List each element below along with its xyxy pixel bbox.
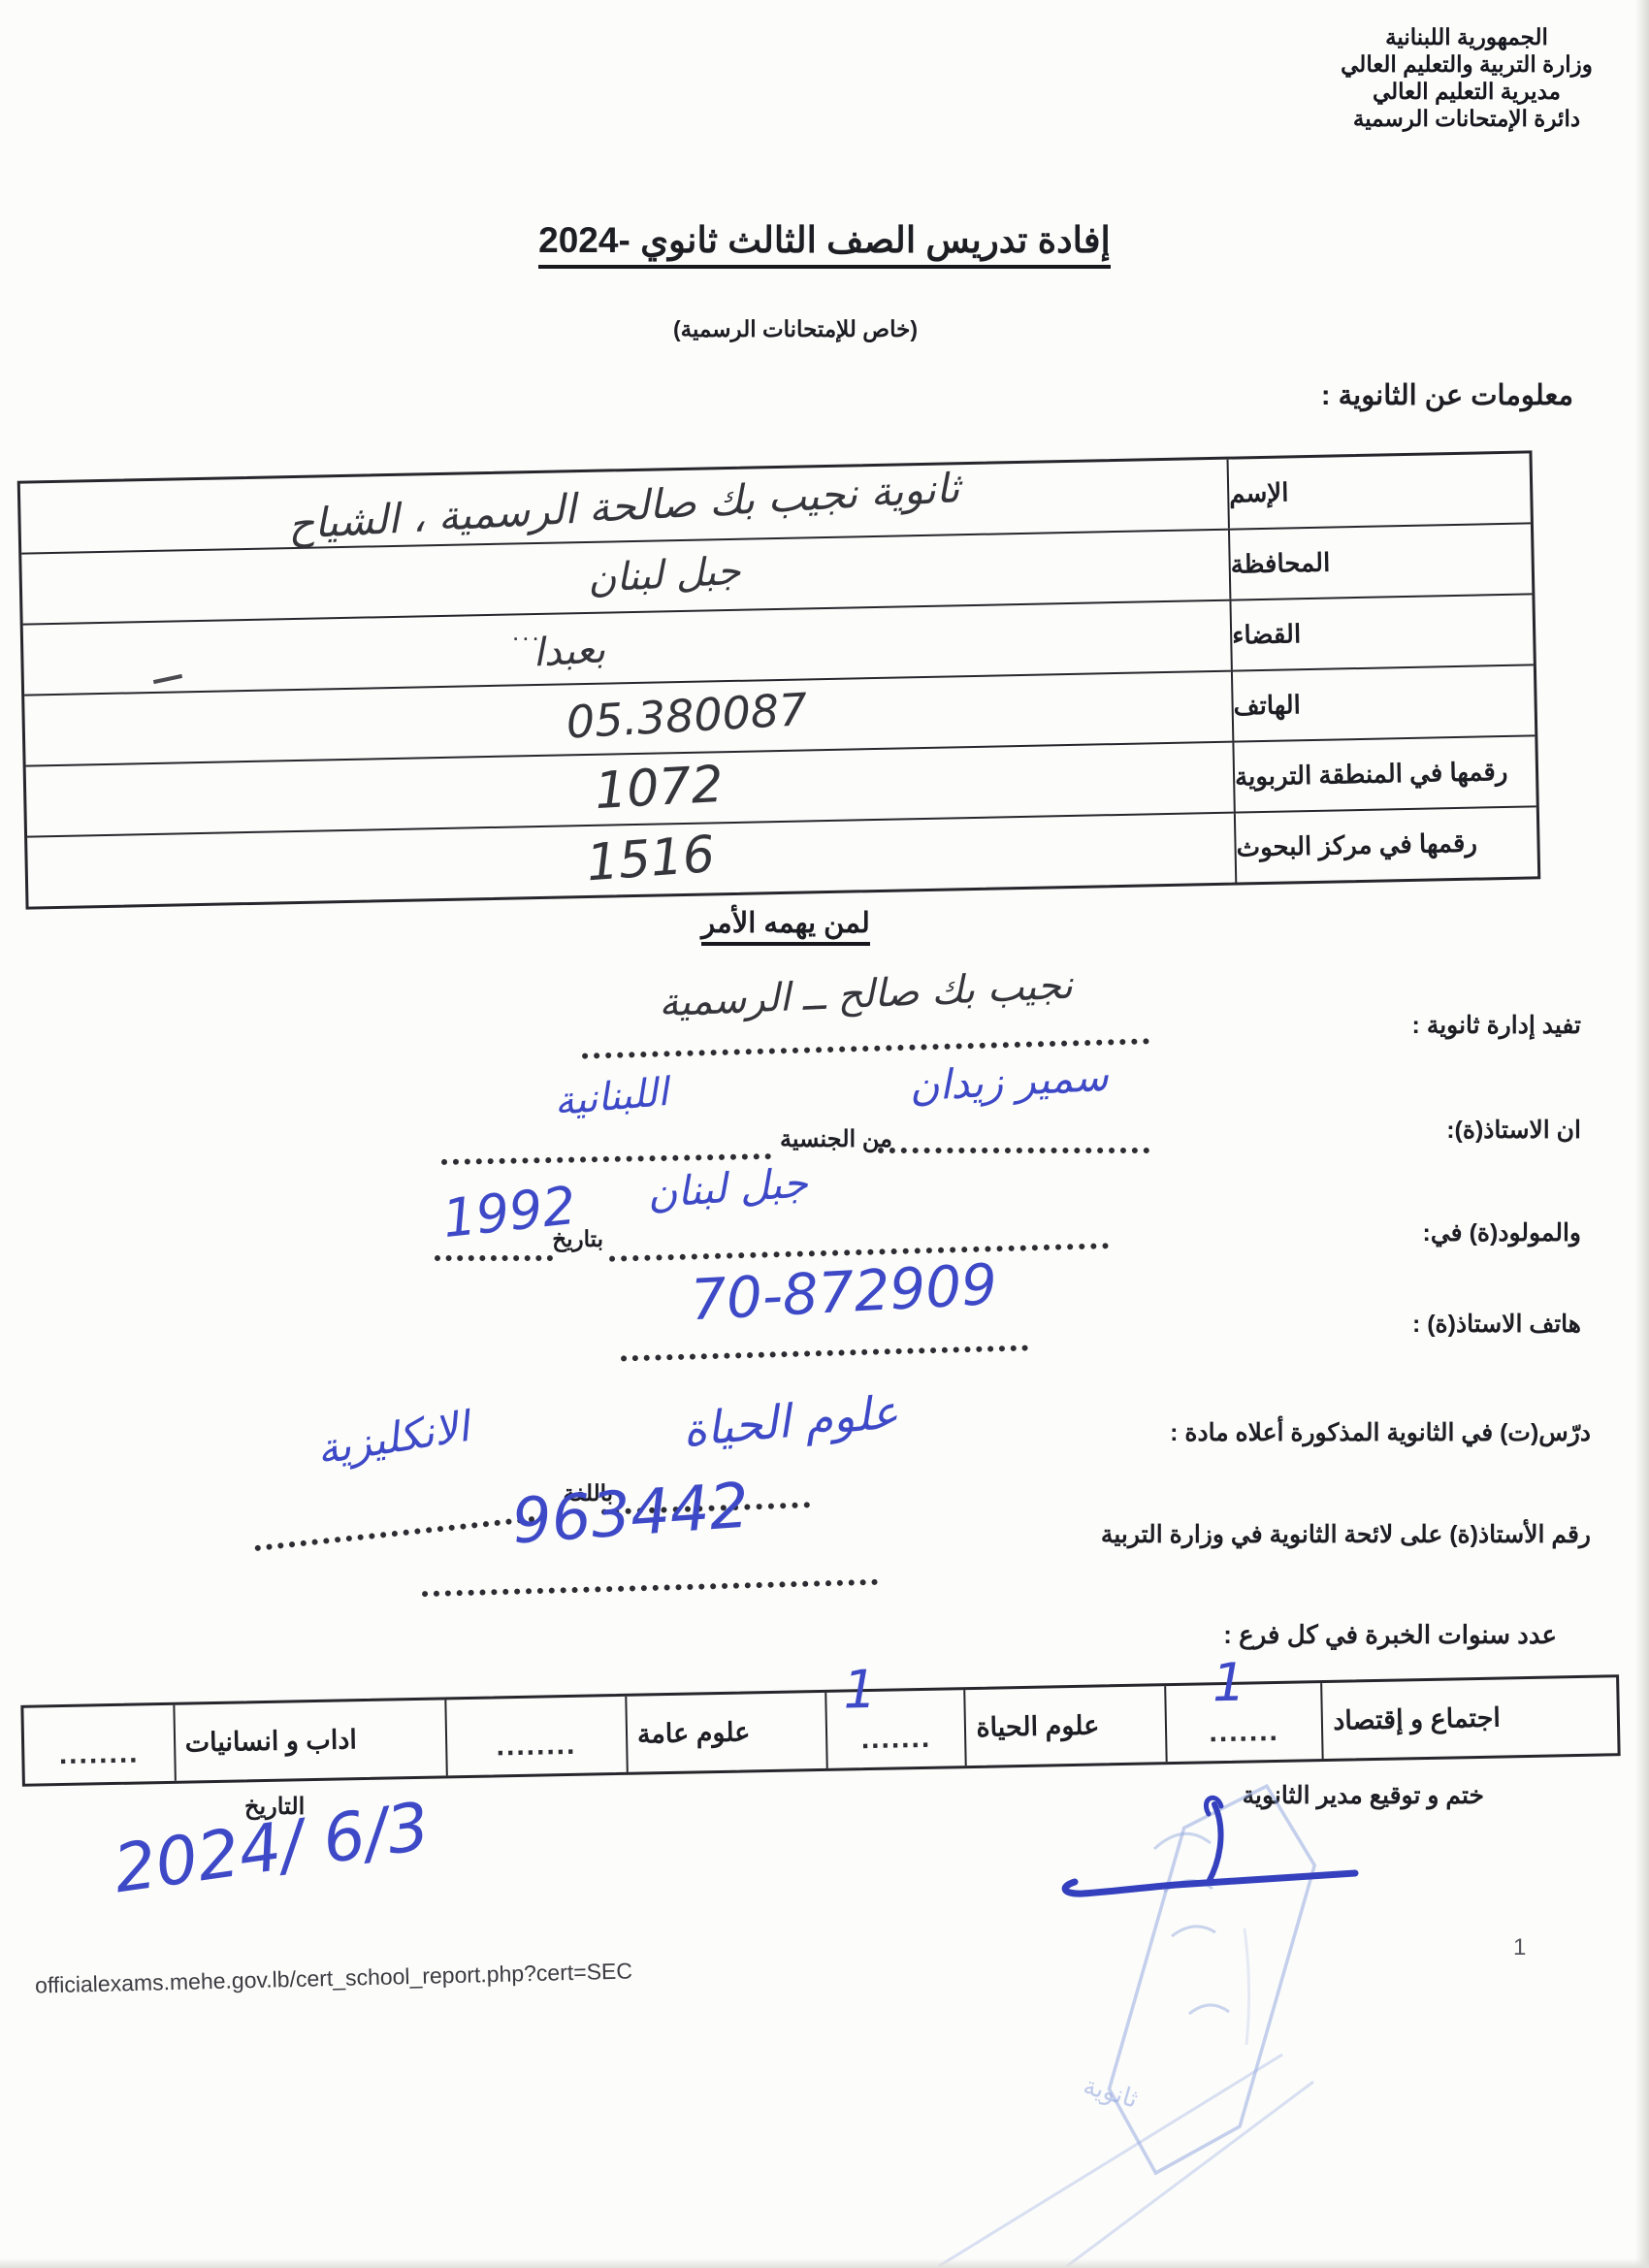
field-label-subject: درّس(ت) في الثانوية المذكورة أعلاه مادة … — [1170, 1418, 1591, 1447]
handwritten-nationality: اللبنانية — [455, 1061, 768, 1133]
scan-artifact: ... — [512, 617, 542, 647]
dotted-line — [621, 1345, 1028, 1362]
field-label-phone: هاتف الاستاذ(ة) : — [1412, 1310, 1581, 1339]
row-label: القضاء — [1229, 595, 1533, 669]
row-value-handwritten: جبل لبنان — [587, 548, 742, 601]
row-label: الهاتف — [1231, 665, 1535, 740]
exp-value-cell: ....... 1 — [824, 1690, 965, 1768]
row-value-handwritten: ثانوية نجيب بك صالحة الرسمية ، الشياح — [287, 464, 961, 548]
attestation-heading-text: لمن يهمه الأمر — [701, 908, 870, 946]
exp-label-cell: اجتماع و إقتصاد — [1321, 1677, 1618, 1759]
letterhead-line: الجمهورية اللبنانية — [1292, 23, 1641, 50]
dotted-line — [435, 1255, 553, 1261]
exp-dots: ....... — [1209, 1717, 1279, 1761]
row-value-handwritten: 05.380087 — [565, 683, 808, 749]
exp-label-cell: علوم عامة — [625, 1693, 826, 1772]
row-label: رقمها في مركز البحوث — [1234, 807, 1537, 882]
handwritten-phone: 70-872909 — [639, 1248, 1050, 1336]
exp-value-cell: ........ — [23, 1705, 174, 1784]
field-label-roster-number: رقم الأستاذ(ة) على لائحة الثانوية في وزا… — [1101, 1520, 1591, 1549]
form-title: إفادة تدريس الصف الثالث ثانوي -2024 — [538, 219, 1111, 269]
row-label: الإسم — [1227, 453, 1531, 528]
handwritten-subject: علوم الحياة — [609, 1379, 971, 1464]
director-signature — [1065, 1798, 1355, 1894]
exp-label-cell: اداب و انسانيات — [173, 1700, 445, 1780]
letterhead-line: وزارة التربية والتعليم العالي — [1292, 50, 1641, 78]
scan-edge-shadow — [0, 2258, 1649, 2268]
stamp-scribbles — [1154, 1833, 1249, 2045]
scan-edge-shadow — [1635, 0, 1649, 2268]
field-label-school: تفيد إدارة ثانوية : — [1412, 1011, 1581, 1040]
dotted-line — [441, 1153, 771, 1165]
field-label-birth: والمولود(ة) في: — [1423, 1218, 1581, 1247]
exp-value-cell: ....... 1 — [1164, 1683, 1322, 1762]
scanned-form-page: الجمهورية اللبنانية وزارة التربية والتعل… — [0, 0, 1649, 2268]
form-subtitle: (خاص للإمتحانات الرسمية) — [0, 316, 1591, 342]
exp-dots: ....... — [861, 1724, 932, 1767]
exp-dots: ........ — [496, 1731, 577, 1775]
row-value-handwritten: 1516 — [584, 825, 716, 891]
school-info-table: الإسم ثانوية نجيب بك صالحة الرسمية ، الش… — [17, 450, 1541, 909]
attestation-heading: لمن يهمه الأمر — [0, 906, 1571, 940]
handwritten-roster-number: 963442 — [454, 1467, 807, 1563]
exp-handwritten-value: 1 — [1212, 1652, 1246, 1714]
exp-label-cell: علوم الحياة — [964, 1686, 1166, 1766]
director-stamp: ثانوية — [824, 1773, 1455, 2268]
handwritten-birth-place: جبل لبنان — [600, 1155, 856, 1220]
dotted-line — [422, 1579, 878, 1597]
field-label-nationality: من الجنسية — [780, 1125, 892, 1153]
letterhead-line: دائرة الإمتحانات الرسمية — [1292, 105, 1641, 132]
dotted-line — [878, 1148, 1149, 1153]
form-title-wrap: إفادة تدريس الصف الثالث ثانوي -2024 — [0, 219, 1649, 269]
exp-value-cell: ........ — [444, 1697, 627, 1776]
handwritten-language: الانكليزية — [241, 1391, 545, 1486]
row-value-handwritten: بعبدا — [532, 627, 606, 675]
footer-url: officialexams.mehe.gov.lb/cert_school_re… — [35, 1958, 632, 1998]
stamp-faint-text: ثانوية — [1080, 2070, 1141, 2115]
handwritten-school-name: نجيب بك صالح ــ الرسمية — [581, 959, 1149, 1028]
exp-dots: ........ — [59, 1738, 141, 1783]
stamp-outline — [1090, 1773, 1332, 2191]
handwritten-teacher-name: سمير زيدان — [862, 1050, 1155, 1113]
exp-handwritten-value: 1 — [843, 1659, 878, 1721]
row-value-handwritten: 1072 — [593, 755, 724, 820]
page-number: 1 — [1513, 1934, 1526, 1961]
ministry-letterhead: الجمهورية اللبنانية وزارة التربية والتعل… — [1292, 23, 1641, 132]
letterhead-line: مديرية التعليم العالي — [1292, 78, 1641, 105]
experience-heading: عدد سنوات الخبرة في كل فرع : — [1223, 1620, 1557, 1650]
experience-table: اجتماع و إقتصاد ....... 1 علوم الحياة ..… — [20, 1674, 1620, 1787]
school-info-heading: معلومات عن الثانوية : — [1321, 378, 1573, 412]
field-label-teacher: ان الاستاذ(ة): — [1446, 1116, 1581, 1145]
row-label: المحافظة — [1228, 524, 1532, 599]
row-label: رقمها في المنطقة التربوية — [1232, 736, 1536, 811]
